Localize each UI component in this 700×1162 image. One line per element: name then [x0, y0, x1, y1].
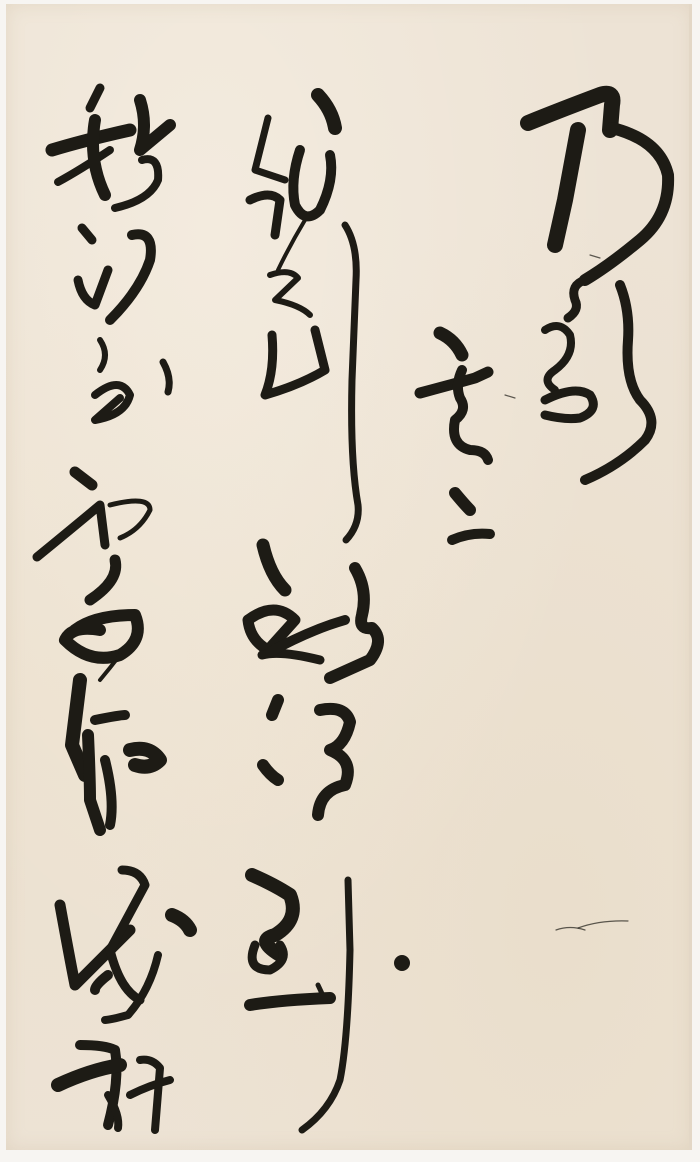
column-middle	[248, 95, 410, 1130]
calligraphy-ink	[0, 0, 700, 1162]
column-right	[420, 94, 668, 540]
column-left	[37, 88, 190, 1130]
